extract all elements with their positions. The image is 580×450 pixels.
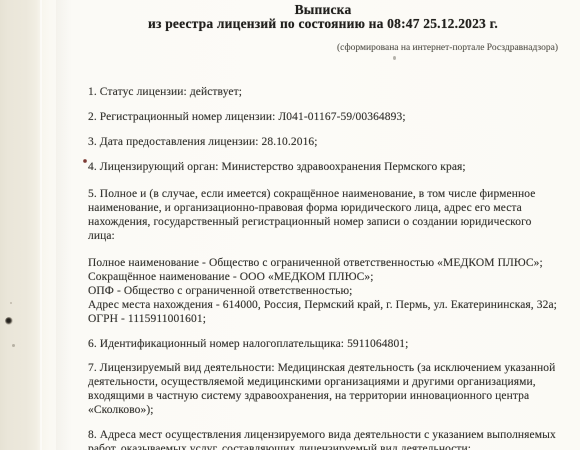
ink-speck [5, 317, 13, 325]
item-5-entity-name-heading: 5. Полное и (в случае, если имеется) сок… [88, 187, 558, 243]
item-1-license-status: 1. Статус лицензии: действует; [88, 85, 558, 99]
item-4-licensing-authority: 4. Лицензирующий орган: Министерство здр… [88, 160, 558, 174]
title-line-2: из реестра лицензий по состоянию на 08:4… [88, 17, 558, 31]
red-dot-mark [83, 159, 87, 163]
document-subtitle: (сформирована на интернет-портале Росздр… [88, 43, 558, 53]
document-content: Выписка из реестра лицензий по состоянию… [88, 0, 558, 450]
title-line-1: Выписка [88, 3, 558, 17]
item-7-licensed-activity: 7. Лицензируемый вид деятельности: Медиц… [88, 361, 558, 417]
paper-speck [10, 302, 12, 304]
scan-crease-line [40, 0, 42, 450]
scan-shadow-streak [56, 0, 72, 450]
item-5-entity-name-details: Полное наименование - Общество с огранич… [88, 256, 558, 326]
item-3-grant-date: 3. Дата предоставления лицензии: 28.10.2… [88, 135, 558, 149]
item-6-taxpayer-number: 6. Идентификационный номер налогоплатель… [88, 337, 558, 351]
item-2-registration-number: 2. Регистрационный номер лицензии: Л041-… [88, 110, 558, 124]
paper-speck [12, 344, 15, 347]
scanned-document-page: Выписка из реестра лицензий по состоянию… [0, 0, 580, 450]
document-title: Выписка из реестра лицензий по состоянию… [88, 3, 558, 31]
item-8-activity-addresses: 8. Адреса мест осуществления лицензируем… [88, 428, 558, 450]
